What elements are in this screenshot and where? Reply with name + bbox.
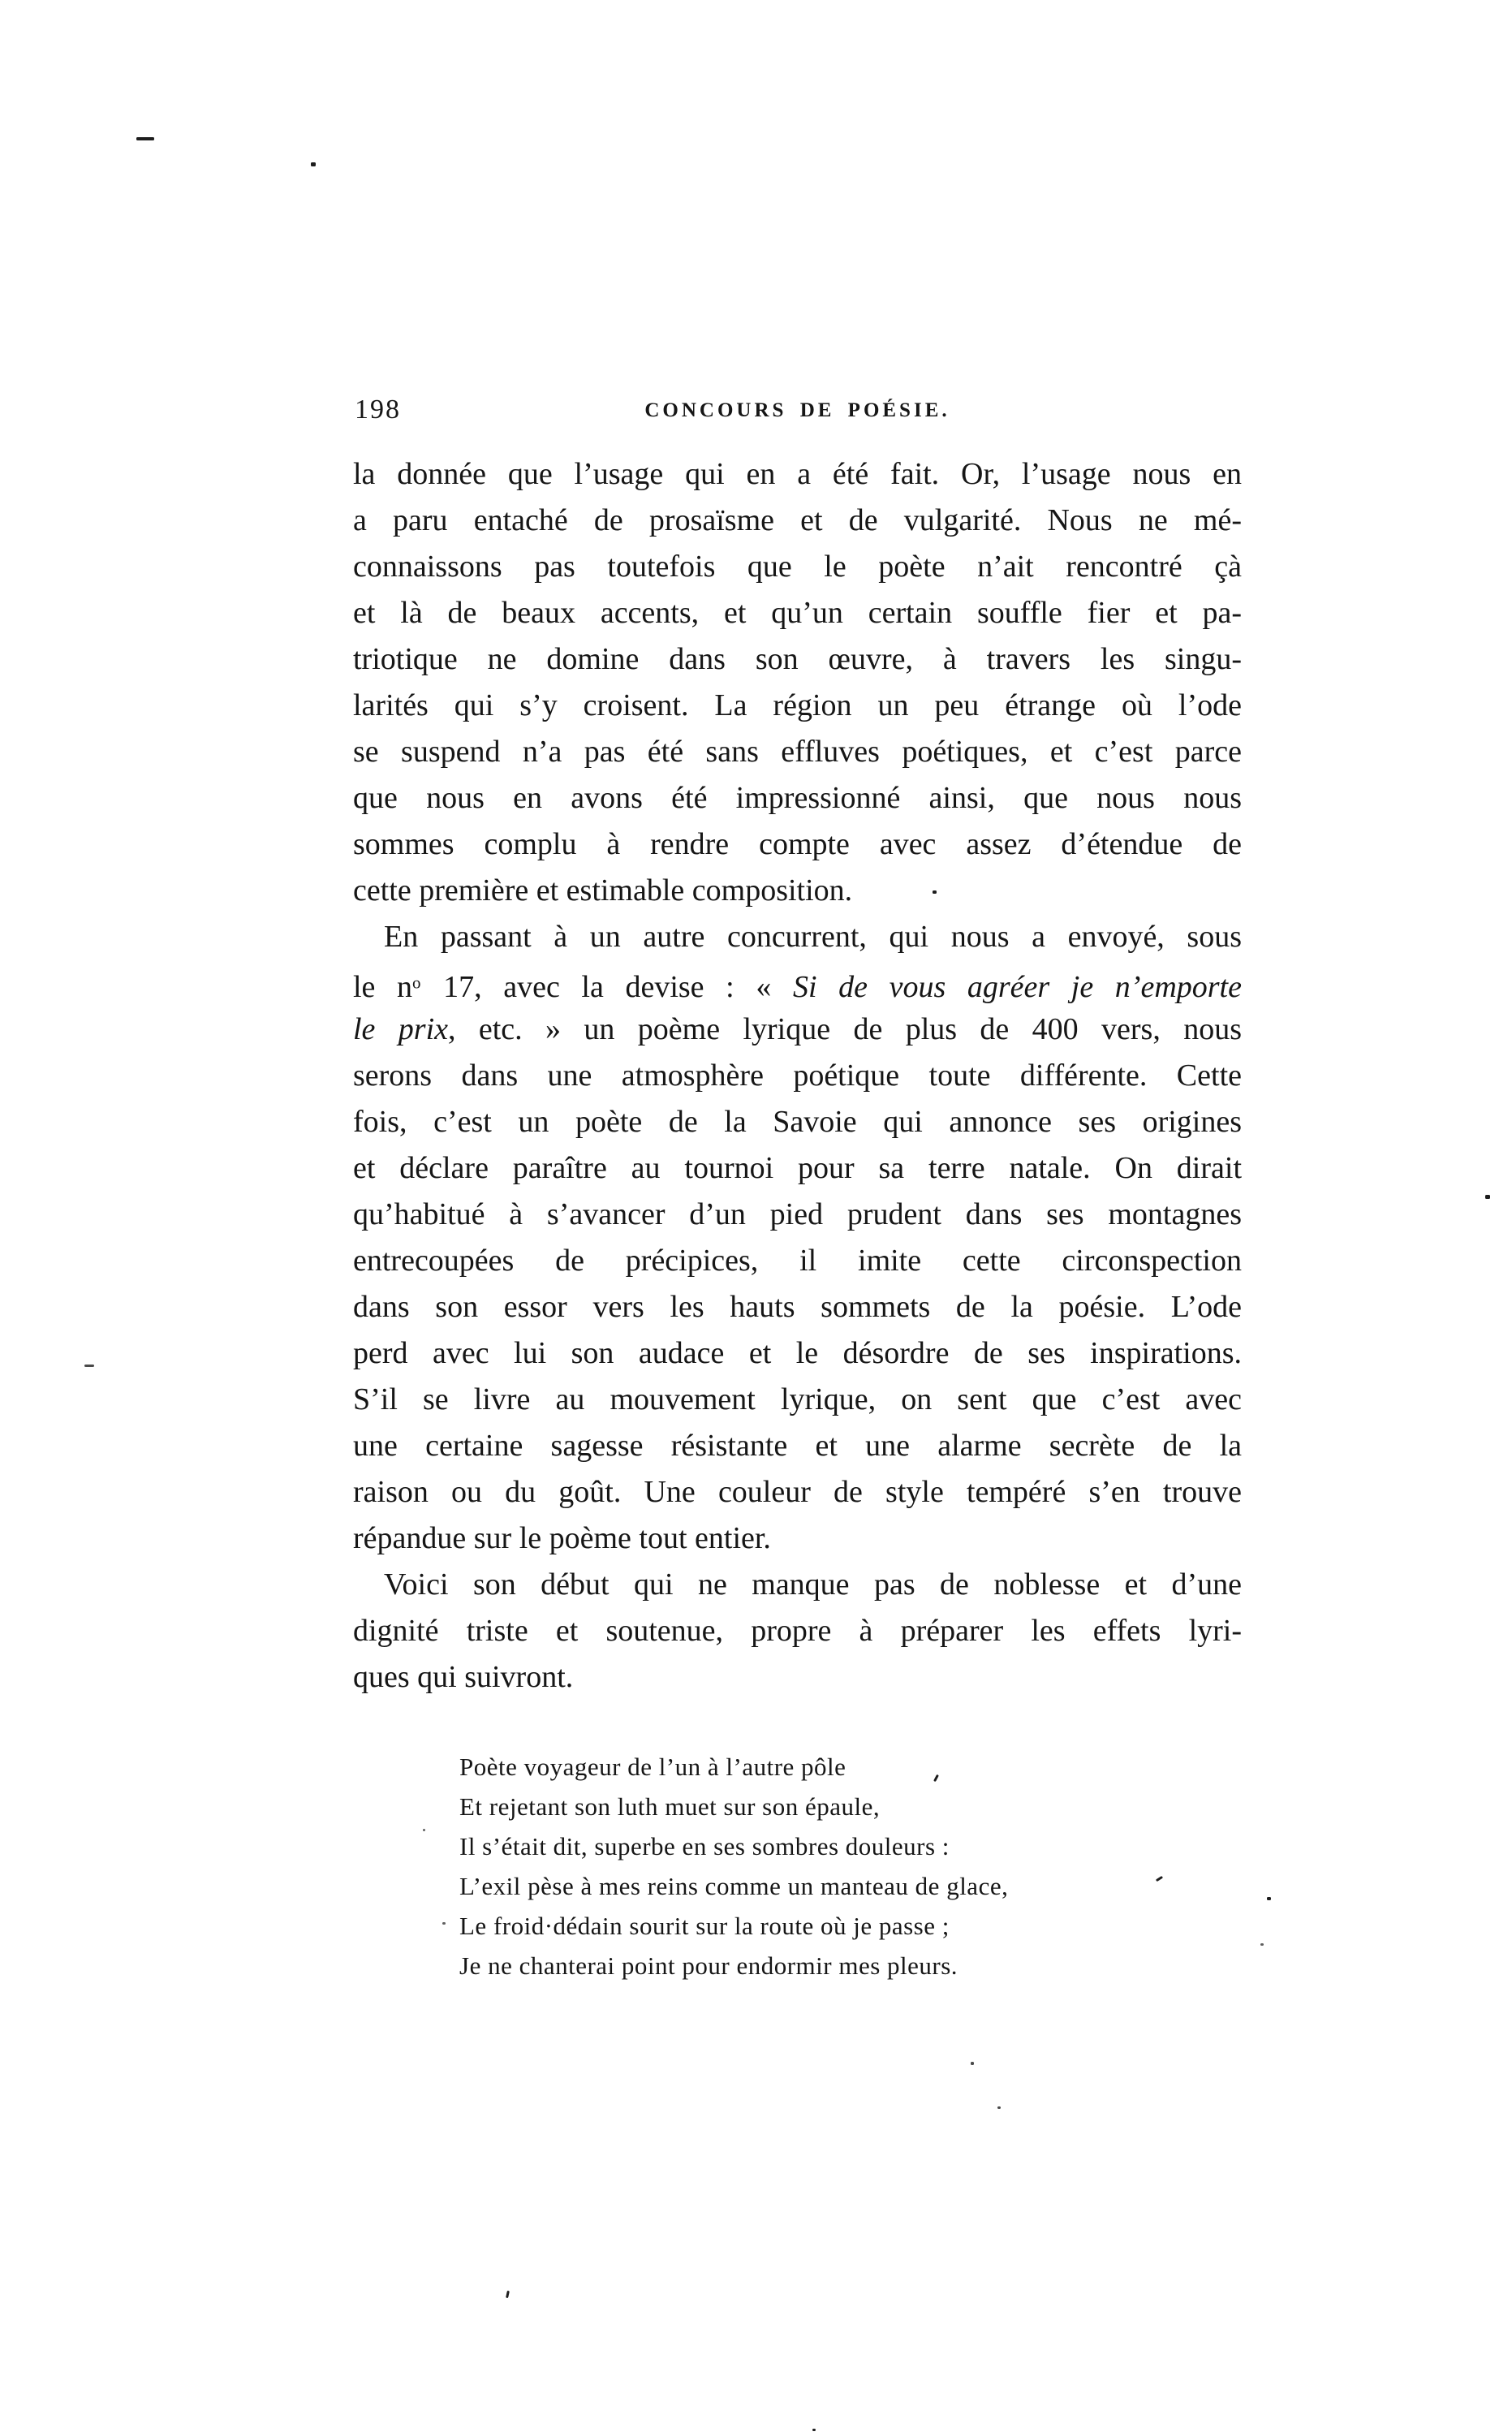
ink-speck [442, 1922, 446, 1925]
body-line: dignité triste et soutenue, propre à pré… [353, 1608, 1242, 1654]
body-line-text: la donnée que l’usage qui en a été fait.… [353, 457, 1242, 491]
devise-prefix: le n [353, 970, 412, 1004]
ink-speck [933, 890, 937, 894]
body-line-text: raison ou du goût. Une couleur de style … [353, 1475, 1242, 1509]
body-line-text: a paru entaché de prosaïsme et de vulgar… [353, 503, 1242, 537]
page-header: 198 CONCOURS DE POÉSIE. [353, 395, 1242, 429]
body-line: répandue sur le poème tout entier. [353, 1515, 1242, 1562]
ink-speck [506, 2291, 510, 2298]
body-line: En passant à un autre concurrent, qui no… [353, 914, 1242, 960]
body-line-text: et là de beaux accents, et qu’un certain… [353, 596, 1242, 630]
body-line-text: larités qui s’y croisent. La région un p… [353, 688, 1242, 722]
devise-suffix: , etc. » un poème lyrique de plus de 400… [448, 1012, 1242, 1046]
devise-italic: Si de vous agréer je n’emporte [793, 970, 1242, 1004]
body-line: fois, c’est un poète de la Savoie qui an… [353, 1099, 1242, 1145]
body-line-text: serons dans une atmosphère poétique tout… [353, 1058, 1242, 1093]
body-line: et déclare paraître au tournoi pour sa t… [353, 1145, 1242, 1192]
body-line-text: fois, c’est un poète de la Savoie qui an… [353, 1105, 1242, 1139]
ink-speck [84, 1365, 94, 1367]
body-line: dans son essor vers les hauts sommets de… [353, 1284, 1242, 1330]
ink-speck [1156, 1876, 1163, 1882]
poem-line: L’exil pèse à mes reins comme un manteau… [459, 1866, 1008, 1906]
ink-speck [971, 2062, 974, 2065]
devise-mid: 17, avec la devise : « [422, 970, 793, 1004]
body-line-text: que nous en avons été impressionné ainsi… [353, 781, 1242, 815]
body-line-text: ques qui suivront. [353, 1660, 573, 1694]
ink-speck [423, 1829, 425, 1831]
body-line-text: dans son essor vers les hauts sommets de… [353, 1290, 1242, 1324]
ink-speck [136, 137, 154, 140]
body-line-text: entrecoupées de précipices, il imite cet… [353, 1244, 1242, 1278]
poem-line: Le froid·dédain sourit sur la route où j… [459, 1906, 1008, 1946]
ink-speck [311, 162, 316, 166]
body-line-text: le no 17, avec la devise : « Si de vous … [353, 970, 1242, 1004]
body-line: et là de beaux accents, et qu’un certain… [353, 590, 1242, 636]
body-line-text: une certaine sagesse résistante et une a… [353, 1429, 1242, 1463]
body-line-text: le prix, etc. » un poème lyrique de plus… [353, 1012, 1242, 1046]
body-text-block: la donnée que l’usage qui en a été fait.… [353, 451, 1242, 1701]
body-line: raison ou du goût. Une couleur de style … [353, 1469, 1242, 1515]
ink-speck [997, 2106, 1001, 2109]
body-line-text: et déclare paraître au tournoi pour sa t… [353, 1151, 1242, 1185]
body-line-text: triotique ne domine dans son œuvre, à tr… [353, 642, 1242, 676]
body-line: triotique ne domine dans son œuvre, à tr… [353, 636, 1242, 683]
body-line: se suspend n’a pas été sans effluves poé… [353, 729, 1242, 775]
body-line: connaissons pas toutefois que le poète n… [353, 544, 1242, 590]
body-line-text: En passant à un autre concurrent, qui no… [384, 920, 1242, 954]
ink-speck [812, 2429, 816, 2431]
body-line: qu’habitué à s’avancer d’un pied prudent… [353, 1192, 1242, 1238]
ink-speck [1260, 1943, 1264, 1946]
poem-line: Je ne chanterai point pour endormir mes … [459, 1946, 1008, 1985]
body-line: que nous en avons été impressionné ainsi… [353, 775, 1242, 821]
ink-speck [1267, 1897, 1271, 1900]
body-line: cette première et estimable composition. [353, 868, 1242, 914]
body-line: larités qui s’y croisent. La région un p… [353, 683, 1242, 729]
ink-speck [1485, 1195, 1490, 1199]
devise-italic: le prix [353, 1012, 448, 1046]
body-line-text: répandue sur le poème tout entier. [353, 1521, 771, 1555]
body-line-text: sommes complu à rendre compte avec assez… [353, 827, 1242, 861]
poem-block: Poète voyageur de l’un à l’autre pôle Et… [459, 1747, 1008, 1985]
body-line: perd avec lui son audace et le désordre … [353, 1330, 1242, 1377]
body-line: le no 17, avec la devise : « Si de vous … [353, 960, 1242, 1007]
body-line: une certaine sagesse résistante et une a… [353, 1423, 1242, 1469]
body-line: a paru entaché de prosaïsme et de vulgar… [353, 498, 1242, 544]
body-line-text: S’il se livre au mouvement lyrique, on s… [353, 1382, 1242, 1416]
body-line: ques qui suivront. [353, 1654, 1242, 1701]
scanned-book-page: 198 CONCOURS DE POÉSIE. la donnée que l’… [0, 0, 1512, 2436]
body-line: Voici son début qui ne manque pas de nob… [353, 1562, 1242, 1608]
body-line: le prix, etc. » un poème lyrique de plus… [353, 1007, 1242, 1053]
poem-line: Poète voyageur de l’un à l’autre pôle [459, 1747, 1008, 1787]
body-line: entrecoupées de précipices, il imite cet… [353, 1238, 1242, 1284]
body-line-text: Voici son début qui ne manque pas de nob… [384, 1567, 1242, 1602]
body-line-text: cette première et estimable composition. [353, 873, 852, 908]
body-line-text: se suspend n’a pas été sans effluves poé… [353, 735, 1242, 769]
body-line: S’il se livre au mouvement lyrique, on s… [353, 1377, 1242, 1423]
body-line-text: connaissons pas toutefois que le poète n… [353, 550, 1242, 584]
poem-line: Et rejetant son luth muet sur son épaule… [459, 1787, 1008, 1826]
body-line-text: dignité triste et soutenue, propre à pré… [353, 1614, 1242, 1648]
superscript-o: o [412, 973, 421, 993]
running-title: CONCOURS DE POÉSIE. [353, 399, 1242, 422]
body-line: la donnée que l’usage qui en a été fait.… [353, 451, 1242, 498]
poem-line: Il s’était dit, superbe en ses sombres d… [459, 1826, 1008, 1866]
body-line: sommes complu à rendre compte avec assez… [353, 821, 1242, 868]
body-line-text: qu’habitué à s’avancer d’un pied prudent… [353, 1197, 1242, 1231]
body-line-text: perd avec lui son audace et le désordre … [353, 1336, 1242, 1370]
body-line: serons dans une atmosphère poétique tout… [353, 1053, 1242, 1099]
